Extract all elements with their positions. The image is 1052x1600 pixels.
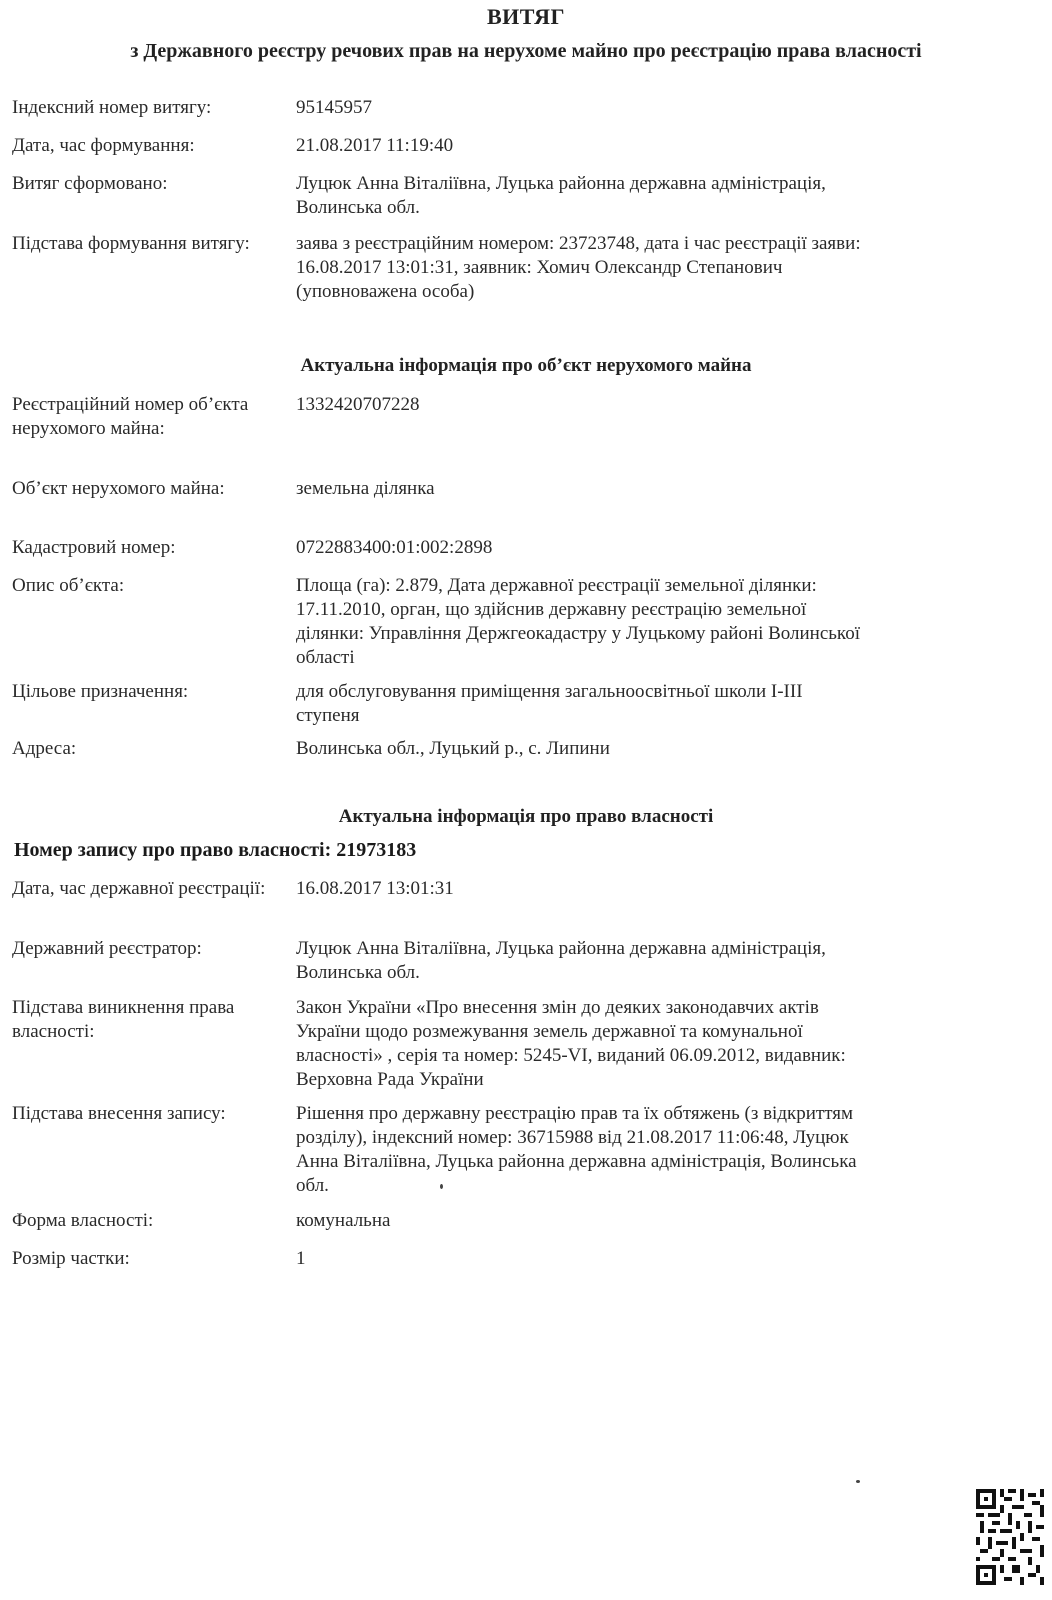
field-value: 1332420707228 <box>296 393 1016 417</box>
field-value: Луцюк Анна Віталіївна, Луцька районна де… <box>296 172 1016 220</box>
field-label: Розмір частки: <box>12 1247 272 1271</box>
field-label: Цільове призначення: <box>12 680 272 704</box>
field-value: 0722883400:01:002:2898 <box>296 536 1016 560</box>
field-label: Опис об’єкта: <box>12 574 272 598</box>
document-title: ВИТЯГ <box>0 4 1052 30</box>
field-value: Закон України «Про внесення змін до деяк… <box>296 996 1016 1092</box>
scan-artifact <box>856 1480 860 1483</box>
field-label: Адреса: <box>12 737 272 761</box>
field-value: земельна ділянка <box>296 477 1016 501</box>
field-value: Рішення про державну реєстрацію прав та … <box>296 1102 1016 1198</box>
field-value: Площа (га): 2.879, Дата державної реєстр… <box>296 574 1016 670</box>
section-heading-property: Актуальна інформація про об’єкт нерухомо… <box>0 355 1052 377</box>
field-value: 21.08.2017 11:19:40 <box>296 134 1016 158</box>
field-value: заява з реєстраційним номером: 23723748,… <box>296 232 1016 304</box>
field-label: Об’єкт нерухомого майна: <box>12 477 272 501</box>
field-label: Витяг сформовано: <box>12 172 272 196</box>
field-value: 16.08.2017 13:01:31 <box>296 877 1016 901</box>
field-label: Індексний номер витягу: <box>12 96 272 120</box>
field-value: для обслуговування приміщення загальноос… <box>296 680 1016 728</box>
field-label: Дата, час формування: <box>12 134 272 158</box>
field-label: Кадастровий номер: <box>12 536 272 560</box>
document-page: ВИТЯГ з Державного реєстру речових прав … <box>0 0 1052 1600</box>
field-value: комунальна <box>296 1209 1016 1233</box>
field-value: Волинська обл., Луцький р., с. Липини <box>296 737 1016 761</box>
field-value: 1 <box>296 1247 1016 1271</box>
ownership-record-number: Номер запису про право власності: 219731… <box>14 839 416 862</box>
field-value: Луцюк Анна Віталіївна, Луцька районна де… <box>296 937 1016 985</box>
field-label: Дата, час державної реєстрації: <box>12 877 272 901</box>
scan-artifact <box>440 1184 443 1189</box>
field-label: Підстава виникнення права власності: <box>12 996 272 1044</box>
field-label: Державний реєстратор: <box>12 937 272 961</box>
section-heading-ownership: Актуальна інформація про право власності <box>0 806 1052 828</box>
field-label: Підстава внесення запису: <box>12 1102 272 1126</box>
field-value: 95145957 <box>296 96 1016 120</box>
field-label: Підстава формування витягу: <box>12 232 272 256</box>
field-label: Форма власності: <box>12 1209 272 1233</box>
document-subtitle: з Державного реєстру речових прав на нер… <box>0 40 1052 63</box>
qr-code-icon <box>976 1489 1044 1585</box>
field-label: Реєстраційний номер об’єкта нерухомого м… <box>12 393 272 441</box>
